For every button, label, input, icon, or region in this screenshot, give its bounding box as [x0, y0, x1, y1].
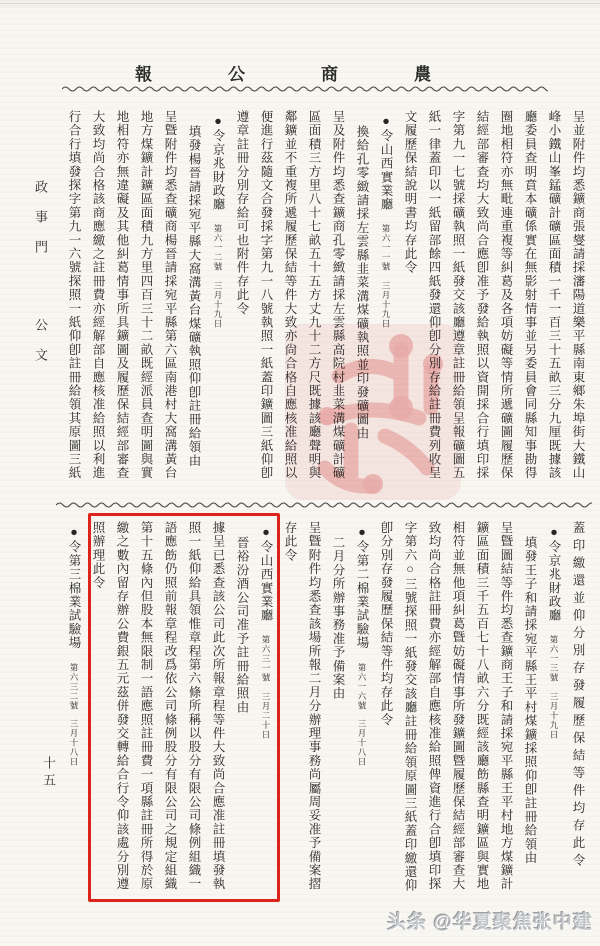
section-heading: ●令山西實業廳第六一一號三月十九日	[374, 110, 398, 506]
masthead-char: 農	[414, 60, 431, 82]
wavy-rule	[62, 85, 548, 93]
section-heading-label: ●令第三棉業試驗場	[67, 525, 81, 650]
body-column: 結經部審查均大致尚合應卽准予發給執照以資開採合行填印採	[470, 110, 494, 502]
section-heading: ●令山西實業廳第六三一號三月二十日	[254, 521, 278, 925]
body-column: 峰小鐵山峯錳礦計礦區面積一千一百三十五畝三分九厘既據該	[542, 110, 566, 502]
section-number: 第六一二號	[213, 224, 223, 272]
body-column: 呈曁附件均悉查該場所報二月分辦理事務尚屬周妥准予備案摺	[302, 521, 326, 921]
subject-line: 填發王子和請採宛平縣王平村煤鑛採照仰卽註冊給領由	[518, 521, 542, 921]
margin-section-labels: 政事門 公文	[31, 180, 50, 378]
body-column: 致均尚合格註冊費亦經解部自應核准給照俾資進行合卽填印探	[422, 521, 446, 921]
body-column: 照辦理此令	[86, 521, 110, 921]
body-column: 照一紙仰給具領惟章程第六條所稱以股分有限公司條例組織一	[182, 521, 206, 921]
body-column: 第十五條內但股本無限制一語應照註冊費一項縣註冊所得於原	[134, 521, 158, 921]
section-heading: ●令第二棉業試驗場第六一六號三月十八日	[350, 521, 374, 925]
body-column: 文履歷保結說明書均存此令	[398, 110, 422, 502]
watermark-text: 头条 @华夏聚焦张中建	[387, 907, 593, 934]
gazette-bottom-section: 蓋印繳還並仰分別存發履歷保結等件均存此令●令京兆財政廳第六一三號三月十九日填發王…	[62, 521, 590, 921]
page-number: 十五	[39, 756, 58, 790]
body-column: 紙一律蓋印以一紙留部餘四紙發還仰卽分別存給註冊費列收呈	[422, 110, 446, 502]
body-column: 地方煤鑛計鑛區面積九方里四百三十二畝既經派員查明圖與實	[134, 110, 158, 502]
body-column: 繳之數內留存辦公費銀五元茲併發交轉給合行令仰該處分別遵	[110, 521, 134, 921]
gazette-top-section: 呈並附件均悉鑛商張燮請採瀋陽道樂平縣南東鄉朱埠街大鐵山峰小鐵山峯錳礦計礦區面積一…	[62, 110, 590, 502]
section-number: 第六一三號	[549, 635, 559, 683]
body-column: 呈曁圖結等件均悉查鑛商王子和請採宛平縣王平村地方煤鑛計	[494, 521, 518, 921]
section-heading-label: ●令山西實業廳	[379, 114, 393, 211]
section-number: 第六一六號	[357, 663, 367, 711]
body-column: 鑛區面積三千五百七十八畝六分既經該廳飭縣查明鑛區與實地	[470, 521, 494, 921]
body-column: 存此令	[278, 521, 302, 921]
subject-line: 填發楊晉請採宛平縣大窩溝黃台煤礦執照仰卽註冊給領由	[182, 110, 206, 502]
section-number: 第六三一號	[261, 635, 271, 683]
body-column: 圈地相符亦無毗連重複等糾葛及各項妨礙等情所遞礦圖履歷保	[494, 110, 518, 502]
body-column: 遵章註冊分別存給可也附件存此令	[230, 110, 254, 502]
section-number: 第六一一號	[381, 224, 391, 272]
section-date: 三月十八日	[357, 719, 367, 767]
section-heading: ●令第三棉業試驗場第六三二號三月十八日	[62, 521, 86, 925]
section-date: 三月十九日	[549, 692, 559, 740]
body-column: 相符並無他項糾葛曁妨礙情事所發鑛圖曁履歷保結經部審查大	[446, 521, 470, 921]
body-column: 區面積三方里八十七畝五十五方丈九十二方尺既據該廳聲明與	[302, 110, 326, 502]
body-column: 廳委員查明賁本礦係實在無影射情事並另委員會同縣知事勘得	[518, 110, 542, 502]
wavy-divider-rule	[56, 501, 592, 509]
subject-line: 二月分所辦事務准予備案由	[326, 521, 350, 921]
section-heading-label: ●令山西實業廳	[259, 525, 273, 622]
masthead-char: 報	[135, 60, 152, 82]
body-column: 大致均尚合格該商應繳之註冊費亦經解部自應核准給照以利進	[86, 110, 110, 502]
body-column: 地相符亦無違礙及其他糾葛情事所具鑛圖及履歷保結經部審查	[110, 110, 134, 502]
body-column: 蓋印繳還並仰分別存發履歷保結等件均存此令	[566, 521, 590, 921]
section-heading-label: ●令第二棉業試驗場	[355, 525, 369, 650]
body-column: 呈曁附件均悉查礦商楊晉請採宛平縣第六區南港村大窩溝黃台	[158, 110, 182, 502]
section-date: 三月十九日	[213, 281, 223, 329]
subject-line: 換給孔零緻請採左雲縣韭菜溝煤礦執照並印發礦圖由	[350, 110, 374, 502]
section-date: 三月二十日	[261, 692, 271, 740]
body-column: 字第九一七號採礦執照一紙發交該廳遵章註冊給領呈報礦圖五	[446, 110, 470, 502]
masthead-title: 農 商 公 報	[135, 60, 431, 82]
section-number: 第六三二號	[69, 663, 79, 711]
body-column: 卽分別存發履歷保結等件均存此令	[374, 521, 398, 921]
section-heading: ●令京兆財政廳第六一三號三月十九日	[542, 521, 566, 925]
section-door-label: 政事門	[33, 180, 48, 270]
doc-type-label: 公文	[31, 318, 50, 378]
body-column: 行合行填發探字第九一六號探照一紙仰卽註冊給領其原圖三紙	[62, 110, 86, 502]
masthead-char: 公	[228, 60, 245, 82]
body-column: 呈並附件均悉鑛商張燮請採瀋陽道樂平縣南東鄉朱埠街大鐵山	[566, 110, 590, 502]
body-column: 便進行茲隨文合發採字第九一八號執照一紙蓋印鑛圖三紙仰卽	[254, 110, 278, 502]
body-column: 據呈已悉查該公司此次所報章程等件大致尚合應准註冊填發執	[206, 521, 230, 921]
scan-edge-line	[0, 3, 600, 4]
body-column: 語應飭仍照前報章程改爲依公司條例股分有限公司之規定組織	[158, 521, 182, 921]
section-date: 三月十八日	[69, 719, 79, 767]
section-date: 三月十九日	[381, 281, 391, 329]
masthead-char: 商	[321, 60, 338, 82]
gazette-scan-page: 農 商 公 報 政事門 公文 十五 呈並附件均悉鑛商張燮請採瀋陽道樂平縣南東鄉朱…	[0, 0, 600, 946]
section-heading: ●令京兆財政廳第六一二號三月十九日	[206, 110, 230, 506]
section-heading-label: ●令京兆財政廳	[211, 114, 225, 211]
body-column: 呈及附件均悉查鑛商孔零緻請採左雲縣高院村韭菜溝煤礦計礦	[326, 110, 350, 502]
section-heading-label: ●令京兆財政廳	[547, 525, 561, 622]
body-column: 鄰鑛並不重複所遞履歷保結等件大致亦尙合格自應核准給照以	[278, 110, 302, 502]
subject-line: 晉裕汾酒公司准予註冊給照由	[230, 521, 254, 921]
body-column: 字第六○三號探照一紙發交該廳註冊給領原圖三紙蓋印繳還仰	[398, 521, 422, 921]
